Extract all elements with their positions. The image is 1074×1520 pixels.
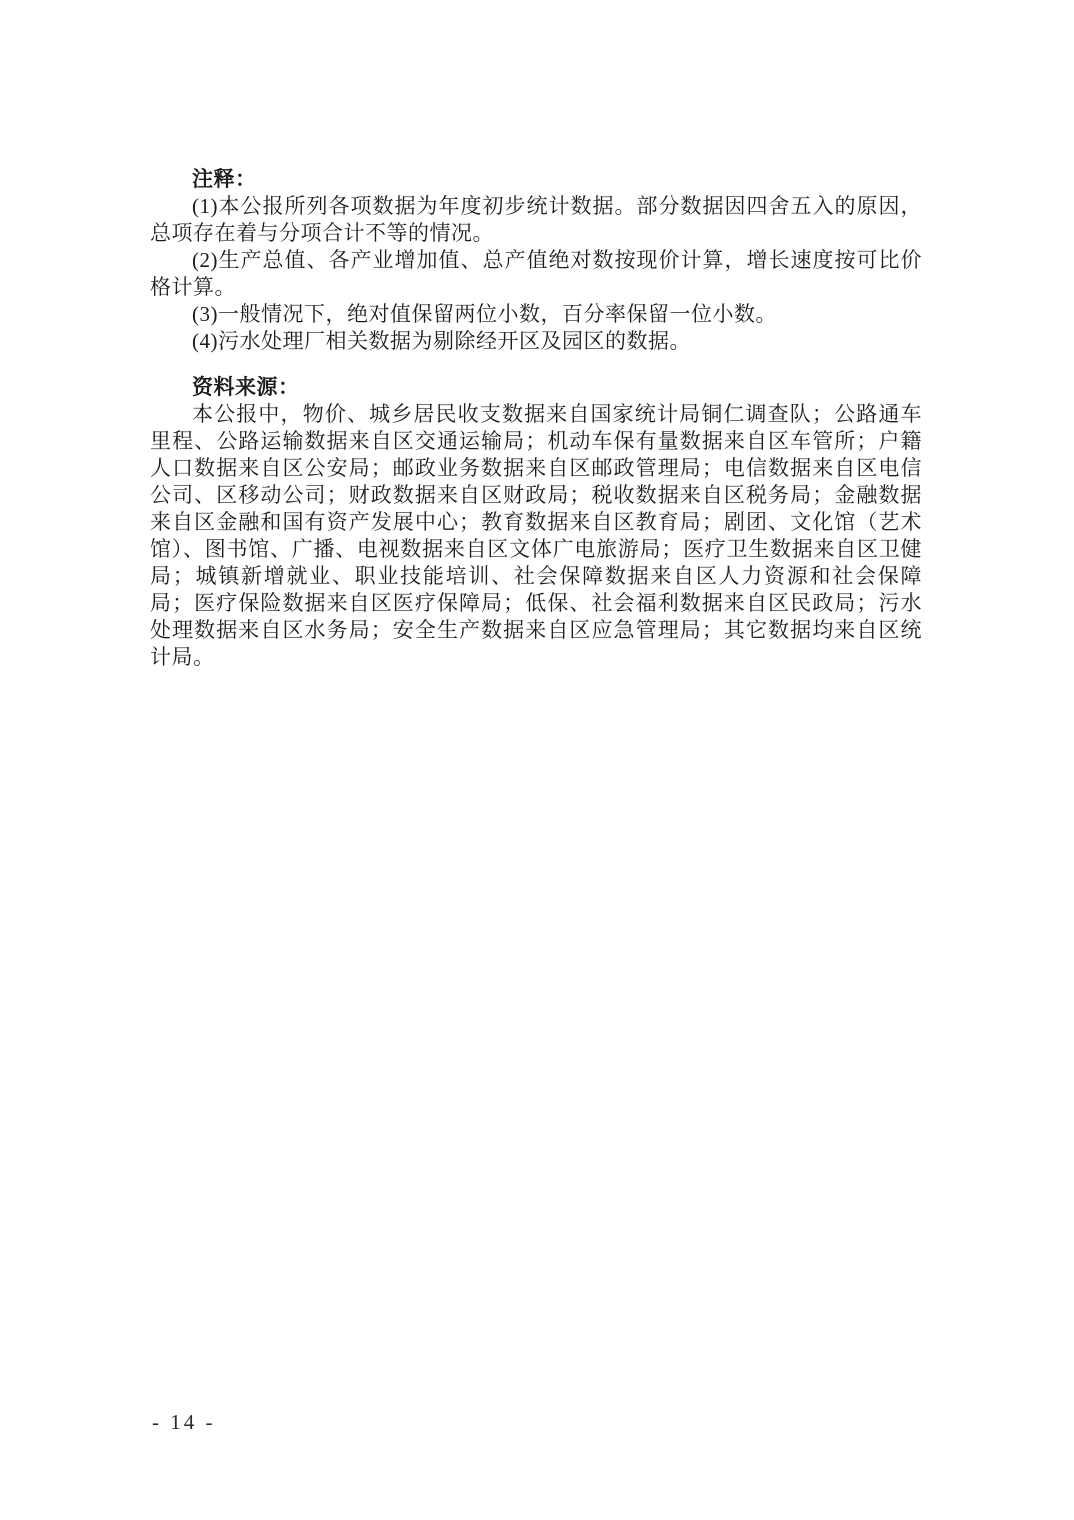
note-item-1: (1)本公报所列各项数据为年度初步统计数据。部分数据因四舍五入的原因，总项存在着… — [150, 193, 922, 247]
notes-heading: 注释： — [150, 166, 922, 193]
page-number: - 14 - — [152, 1410, 216, 1435]
note-item-2: (2)生产总值、各产业增加值、总产值绝对数按现价计算，增长速度按可比价格计算。 — [150, 247, 922, 301]
note-item-4: (4)污水处理厂相关数据为剔除经开区及园区的数据。 — [150, 328, 922, 355]
document-page: { "notes": { "heading": "注释：", "items": … — [0, 0, 1074, 1520]
sources-body: 本公报中，物价、城乡居民收支数据来自国家统计局铜仁调查队；公路通车里程、公路运输… — [150, 401, 922, 671]
sources-heading: 资料来源： — [150, 374, 922, 401]
note-item-3: (3)一般情况下，绝对值保留两位小数，百分率保留一位小数。 — [150, 301, 922, 328]
page-content: 注释： (1)本公报所列各项数据为年度初步统计数据。部分数据因四舍五入的原因，总… — [150, 166, 922, 671]
